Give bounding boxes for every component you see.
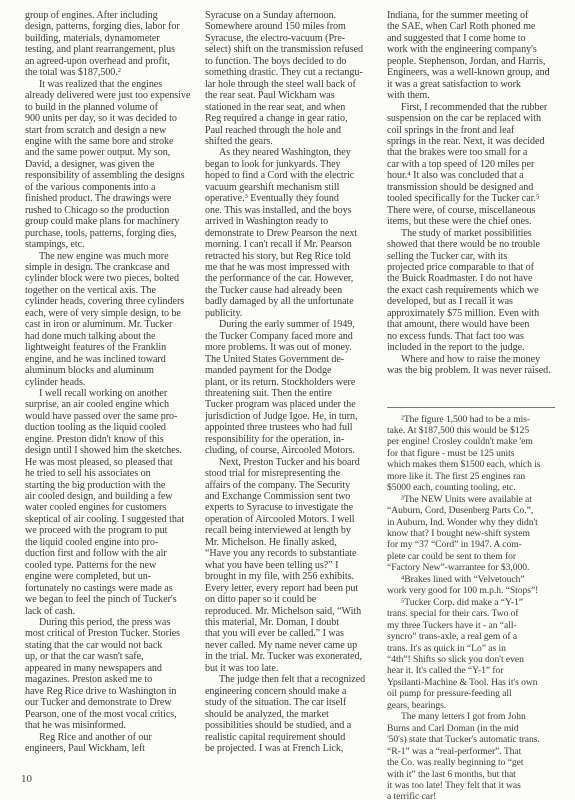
text-line: projected price comparable to that of — [387, 262, 557, 273]
text-line: brought in my file, with 256 exhibits. — [205, 571, 381, 582]
text-line: duction tooling as the liquid cooled — [25, 422, 203, 433]
text-line: plete car could be sent to them for — [387, 551, 557, 562]
text-line: operation of Aircooled Motors. I well — [205, 514, 381, 525]
text-line: on ditto paper so it could be — [205, 594, 381, 605]
text-line: surprise, an air cooled engine which — [25, 399, 203, 410]
text-line: and Exchange Commission sent two — [205, 491, 381, 502]
text-line: badly damaged by all the unfortunate — [205, 296, 381, 307]
text-line: shifted the gears. — [205, 136, 381, 147]
text-line: be projected. I was at French Lick, — [205, 743, 381, 754]
text-line: affairs of the company. The Security — [205, 480, 381, 491]
text-line: ³The NEW Units were available at — [387, 494, 557, 505]
text-line: The United States Government de- — [205, 354, 381, 365]
body-paragraph: During the early summer of 1949,the Tuck… — [205, 319, 381, 456]
text-line: stood trial for misrepresenting the — [205, 468, 381, 479]
text-line: design, patterns, forging dies, labor fo… — [25, 21, 203, 32]
text-line: take. At $187,500 this would be $125 — [387, 425, 557, 436]
text-line: “4th”! Shifts so slick you don't even — [387, 654, 557, 665]
text-line: for my “37 “Cord” in 1947. A com- — [387, 539, 557, 550]
text-line: duction first and follow with the air — [25, 548, 203, 559]
text-line: group of engines. After including — [25, 10, 203, 21]
text-line: the liquid cooled engine into pro- — [25, 537, 203, 548]
text-line: engineers, Paul Wickham, left — [25, 743, 203, 754]
footnote-reference: 3 — [245, 193, 248, 200]
text-line: tooled specifically for the Tucker car.⁵ — [387, 193, 557, 204]
text-line: syncro” trans-axle, a real gem of a — [387, 631, 557, 642]
body-paragraph: During this period, the press wasmost cr… — [25, 617, 203, 732]
text-line: in Auburn, Ind. Wonder why they didn't — [387, 517, 557, 528]
text-line: '50's) state that Tucker's automatic tra… — [387, 734, 557, 745]
text-line: no excess funds. That fact too was — [387, 331, 557, 342]
text-line: retracted his story, but Reg Rice told — [205, 251, 381, 262]
text-line: morning. I can't recall if Mr. Pearson — [205, 239, 381, 250]
text-line: jurisdiction of Judge Igoe. He, in turn, — [205, 411, 381, 422]
text-line: study of the situation. The car itself — [205, 697, 381, 708]
text-line: Mr. Michelson. He finally asked, — [205, 537, 381, 548]
text-line: trans. special for their cars. Two of — [387, 608, 557, 619]
text-line: we proceed with the program to put — [25, 525, 203, 536]
text-line: people. Stephenson, Jordan, and Harris, — [387, 56, 557, 67]
text-line: demonstrate to Drew Pearson the next — [205, 228, 381, 239]
text-line: our Tucker and demonstrate to Drew — [25, 697, 203, 708]
page-number: 10 — [21, 773, 32, 785]
text-line: approximately $75 million. Even with — [387, 308, 557, 319]
text-line: realistic capital requirement should — [205, 732, 381, 743]
text-line: something drastic. They cut a rectangu- — [205, 67, 381, 78]
text-line: rushed to Chicago so the production — [25, 205, 203, 216]
body-paragraph: Reg Rice and another of ourengineers, Pa… — [25, 732, 203, 755]
footnote-paragraph: ³The NEW Units were available at“Auburn,… — [387, 494, 557, 574]
text-line: the Co. was really beginning to “get — [387, 757, 557, 768]
text-line: skeptical of air cooling. I suggested th… — [25, 514, 203, 525]
footnote-divider — [387, 407, 555, 408]
text-line: per engine! Crosley couldn't make 'em — [387, 436, 557, 447]
text-line: more like it. The first 25 engines ran — [387, 471, 557, 482]
body-paragraph: It was realized that the enginesalready … — [25, 79, 203, 251]
text-line: to build in the planned volume of — [25, 102, 203, 113]
text-line: developed, but as I recall it was — [387, 296, 557, 307]
text-line: hear it. It's called the “Y-1” for — [387, 665, 557, 676]
text-line: my three Tuckers have it - an “all- — [387, 620, 557, 631]
text-line: experts to Syracuse to investigate the — [205, 502, 381, 513]
text-line: lack of cash. — [25, 606, 203, 617]
text-line: publicity. — [205, 308, 381, 319]
text-line: ⁵Tucker Corp. did make a “Y-1” — [387, 597, 557, 608]
text-line: should be analyzed, the market — [205, 709, 381, 720]
text-line: water cooled engines for customers — [25, 502, 203, 513]
text-line: we began to feel the pinch of Tucker's — [25, 594, 203, 605]
text-line: Ypsilanti-Machine & Tool. Has it's own — [387, 677, 557, 688]
text-line: most critical of Preston Tucker. Stories — [25, 628, 203, 639]
body-paragraph: Indiana, for the summer meeting ofthe SA… — [387, 10, 557, 102]
text-line: manded payment for the Dodge — [205, 365, 381, 376]
text-line: a terrific car! — [387, 791, 557, 800]
text-line: cluding, of course, Aircooled Motors. — [205, 445, 381, 456]
text-line: Every letter, every report had been put — [205, 583, 381, 594]
text-line: selling the Tucker car, with its — [387, 251, 557, 262]
text-line: engine. Preston didn't know of this — [25, 434, 203, 445]
text-line: the Tucker Company faced more and — [205, 331, 381, 342]
text-line: it was too late! They felt that it was — [387, 780, 557, 791]
text-line: engine were completed, but un- — [25, 571, 203, 582]
text-line: cooled type. Patterns for the new — [25, 560, 203, 571]
text-line: “Auburn, Cord, Dusenberg Parts Co.”, — [387, 505, 557, 516]
text-line: the rear seat. Paul Wickham was — [205, 90, 381, 101]
body-paragraph: Next, Preston Tucker and his boardstood … — [205, 457, 381, 675]
text-line: had done much talking about the — [25, 331, 203, 342]
text-line: responsibility for the operation, in- — [205, 434, 381, 445]
text-line: me that he was most impressed with — [205, 262, 381, 273]
text-line: an agreed-upon overhead and profit, — [25, 56, 203, 67]
document-page: group of engines. After includingdesign,… — [0, 0, 575, 800]
text-line: suspension on the car be replaced with — [387, 113, 557, 124]
text-line: that amount, there would have been — [387, 319, 557, 330]
text-line: it was a great satisfaction to work — [387, 79, 557, 90]
text-line: the performance of the car. However, — [205, 273, 381, 284]
footnote-paragraph: The many letters I got from JohnBurns an… — [387, 711, 557, 800]
text-line: The study of market possibilities — [387, 228, 557, 239]
text-line: the SAE, when Carl Roth phoned me — [387, 21, 557, 32]
text-line: items, but these were the chief ones. — [387, 216, 557, 227]
body-paragraph: The judge then felt that a recognizedeng… — [205, 674, 381, 754]
text-line: that you will ever be called.” I was — [205, 628, 381, 639]
text-line: vacuum gearshift mechanism still — [205, 182, 381, 193]
text-line: cast in iron or aluminum. Mr. Tucker — [25, 319, 203, 330]
text-line: air cooled design, and building a few — [25, 491, 203, 502]
body-paragraph: I well recall working on anothersurprise… — [25, 388, 203, 617]
text-line: engineering concern should make a — [205, 686, 381, 697]
text-line: each, were of very simple design, to be — [25, 308, 203, 319]
text-line: plant, or its return. Stockholders were — [205, 377, 381, 388]
body-paragraph: group of engines. After includingdesign,… — [25, 10, 203, 79]
text-line: The judge then felt that a recognized — [205, 674, 381, 685]
footnotes: ²The figure 1,500 had to be a mis-take. … — [387, 414, 557, 800]
text-line: Pearson, one of the most vocal critics, — [25, 709, 203, 720]
text-line: David, a designer, was given the — [25, 159, 203, 170]
text-line: reproduced. Mr. Michelson said, “With — [205, 606, 381, 617]
text-line: oil pump for pressure-feeding all — [387, 688, 557, 699]
text-line: lar hole through the steel wall back of — [205, 79, 381, 90]
text-column-1: group of engines. After includingdesign,… — [25, 10, 203, 754]
text-line: The new engine was much more — [25, 251, 203, 262]
text-line: included in the report to the judge. — [387, 342, 557, 353]
text-line: There were, of course, miscellaneous — [387, 205, 557, 216]
text-line: was the big problem. It was never raised… — [387, 365, 557, 376]
text-line: began to look for junkyards. They — [205, 159, 381, 170]
text-line: know that? I bought new-shift system — [387, 528, 557, 539]
footnote-paragraph: ²The figure 1,500 had to be a mis-take. … — [387, 414, 557, 494]
text-line: Tucker program was placed under the — [205, 399, 381, 410]
text-line: the Tucker cause had already been — [205, 285, 381, 296]
text-line: ⁴Brakes lined with “Velvetouch” — [387, 574, 557, 585]
footnote-reference: 2 — [118, 67, 121, 74]
text-line: It was realized that the engines — [25, 79, 203, 90]
text-line: car with a top speed of 120 miles per — [387, 159, 557, 170]
text-column-3: Indiana, for the summer meeting ofthe SA… — [387, 10, 557, 800]
text-line: Next, Preston Tucker and his board — [205, 457, 381, 468]
text-line: to function. The boys decided to do — [205, 56, 381, 67]
text-line: he tried to sell his associates on — [25, 468, 203, 479]
text-line: stampings, etc. — [25, 239, 203, 250]
text-line: fortunately no castings were made as — [25, 583, 203, 594]
footnote-paragraph: ⁴Brakes lined with “Velvetouch”work very… — [387, 574, 557, 597]
text-line: one. This was installed, and the boys — [205, 205, 381, 216]
text-line: Where and how to raise the money — [387, 354, 557, 365]
text-line: together on the vertical axis. The — [25, 285, 203, 296]
body-paragraph: The new engine was much moresimple in de… — [25, 251, 203, 388]
text-line: appointed three trustees who had full — [205, 422, 381, 433]
text-line: purchase, tools, patterns, forging dies, — [25, 228, 203, 239]
text-line: this material, Mr. Doman, I doubt — [205, 617, 381, 628]
text-line: stating that the car would not back — [25, 640, 203, 651]
text-line: Syracuse, the electro-vacuum (Pre- — [205, 33, 381, 44]
text-line: “Have you any records to substantiate — [205, 548, 381, 559]
text-line: cylinder block were two pieces, bolted — [25, 273, 203, 284]
text-line: with it” the last 6 months, but that — [387, 769, 557, 780]
text-column-2: Syracuse on a Sunday afternoon.Somewhere… — [205, 10, 381, 754]
text-line: that the brakes were too small for a — [387, 147, 557, 158]
text-line: lightweight features of the Franklin — [25, 342, 203, 353]
text-line: As they neared Washington, they — [205, 147, 381, 158]
text-line: possibilities should be studied, and a — [205, 720, 381, 731]
text-line: and suggested that I come home to — [387, 33, 557, 44]
text-line: which makes them $1500 each, which is — [387, 459, 557, 470]
text-line: simple in design. The crankcase and — [25, 262, 203, 273]
text-line: of the various components into a — [25, 182, 203, 193]
text-line: transmission should be designed and — [387, 182, 557, 193]
text-line: trans. It's as quick in “Lo” as in — [387, 643, 557, 654]
text-line: the exact cash requirements which we — [387, 285, 557, 296]
text-line: “Factory New”-warrantee for $3,000. — [387, 562, 557, 573]
text-line: gears, bearings. — [387, 700, 557, 711]
text-line: The many letters I got from John — [387, 711, 557, 722]
text-line: group could make plans for machinery — [25, 216, 203, 227]
text-line: but it was too late. — [205, 663, 381, 674]
text-line: 900 units per day, so it was decided to — [25, 113, 203, 124]
text-line: what you have been telling us?” I — [205, 560, 381, 571]
text-line: work with the engineering company's — [387, 44, 557, 55]
text-line: and the same power output. My son, — [25, 147, 203, 158]
text-line: First, I recommended that the rubber — [387, 102, 557, 113]
text-line: finished product. The drawings were — [25, 193, 203, 204]
text-line: Somewhere around 150 miles from — [205, 21, 381, 32]
text-line: He was most pleased, so pleased that — [25, 457, 203, 468]
text-line: appeared in many newspapers and — [25, 663, 203, 674]
text-line: would have passed over the same pro- — [25, 411, 203, 422]
text-line: the Buick Roadmaster. I do not have — [387, 273, 557, 284]
text-line: During the early summer of 1949, — [205, 319, 381, 330]
text-line: more problems. It was out of money. — [205, 342, 381, 353]
text-line: Burns and Carl Doman (in the mid — [387, 723, 557, 734]
text-line: for that figure - must be 125 units — [387, 448, 557, 459]
text-line: already delivered were just too expensiv… — [25, 90, 203, 101]
footnote-paragraph: ⁵Tucker Corp. did make a “Y-1”trans. spe… — [387, 597, 557, 712]
text-line: select) shift on the transmission refuse… — [205, 44, 381, 55]
text-line: Reg required a change in gear ratio, — [205, 113, 381, 124]
text-line: I well recall working on another — [25, 388, 203, 399]
body-paragraph: Where and how to raise the moneywas the … — [387, 354, 557, 377]
text-line: testing, and plant rearrangement, plus — [25, 44, 203, 55]
text-line: the total was $187,500.2 — [25, 67, 203, 78]
text-line: have Reg Rice drive to Washington in — [25, 686, 203, 697]
text-line: recall being interviewed at length by — [205, 525, 381, 536]
text-line: never called. My name never came up — [205, 640, 381, 651]
text-line: ²The figure 1,500 had to be a mis- — [387, 414, 557, 425]
text-line: with them. — [387, 90, 557, 101]
text-line: hour.⁴ It also was concluded that a — [387, 170, 557, 181]
text-line: starting the big production with the — [25, 480, 203, 491]
text-line: showed that there would be no trouble — [387, 239, 557, 250]
text-line: operative.3 Eventually they found — [205, 193, 381, 204]
text-line: in the trial. Mr. Tucker was exonerated, — [205, 651, 381, 662]
text-line: Indiana, for the summer meeting of — [387, 10, 557, 21]
text-line: cylinder heads, covering three cylinders — [25, 296, 203, 307]
text-line: engine, and he was inclined toward — [25, 354, 203, 365]
text-line: aluminum blocks and aluminum — [25, 365, 203, 376]
text-line: magazines. Preston asked me to — [25, 674, 203, 685]
text-line: start from scratch and design a new — [25, 125, 203, 136]
text-line: springs in the rear. Next, it was decide… — [387, 136, 557, 147]
text-line: that he was misinformed. — [25, 720, 203, 731]
text-line: $5000 each, counting tooling, etc. — [387, 482, 557, 493]
text-line: “R-1” was a “real-performer”. That — [387, 746, 557, 757]
text-line: Syracuse on a Sunday afternoon. — [205, 10, 381, 21]
text-line: coil springs in the front and leaf — [387, 125, 557, 136]
text-line: responsibility of assembling the designs — [25, 170, 203, 181]
body-paragraph: As they neared Washington, theybegan to … — [205, 147, 381, 319]
text-line: engine with the same bore and stroke — [25, 136, 203, 147]
text-line: threatening suit. Then the entire — [205, 388, 381, 399]
text-line: arrived in Washington ready to — [205, 216, 381, 227]
text-line: Paul reached through the hole and — [205, 125, 381, 136]
text-line: Reg Rice and another of our — [25, 732, 203, 743]
text-line: During this period, the press was — [25, 617, 203, 628]
text-line: up, or that the car wasn't safe, — [25, 651, 203, 662]
text-line: building, materials, dynamometer — [25, 33, 203, 44]
text-line: Engineers, was a well-known group, and — [387, 67, 557, 78]
body-paragraph: The study of market possibilitiesshowed … — [387, 228, 557, 354]
body-paragraph: First, I recommended that the rubbersusp… — [387, 102, 557, 228]
text-line: work very good for 100 m.p.h. “Stops”! — [387, 585, 557, 596]
text-line: cylinder heads. — [25, 377, 203, 388]
text-line: stationed in the rear seat, and when — [205, 102, 381, 113]
text-line: hoped to find a Cord with the electric — [205, 170, 381, 181]
text-line: design until I showed him the sketches. — [25, 445, 203, 456]
body-paragraph: Syracuse on a Sunday afternoon.Somewhere… — [205, 10, 381, 147]
